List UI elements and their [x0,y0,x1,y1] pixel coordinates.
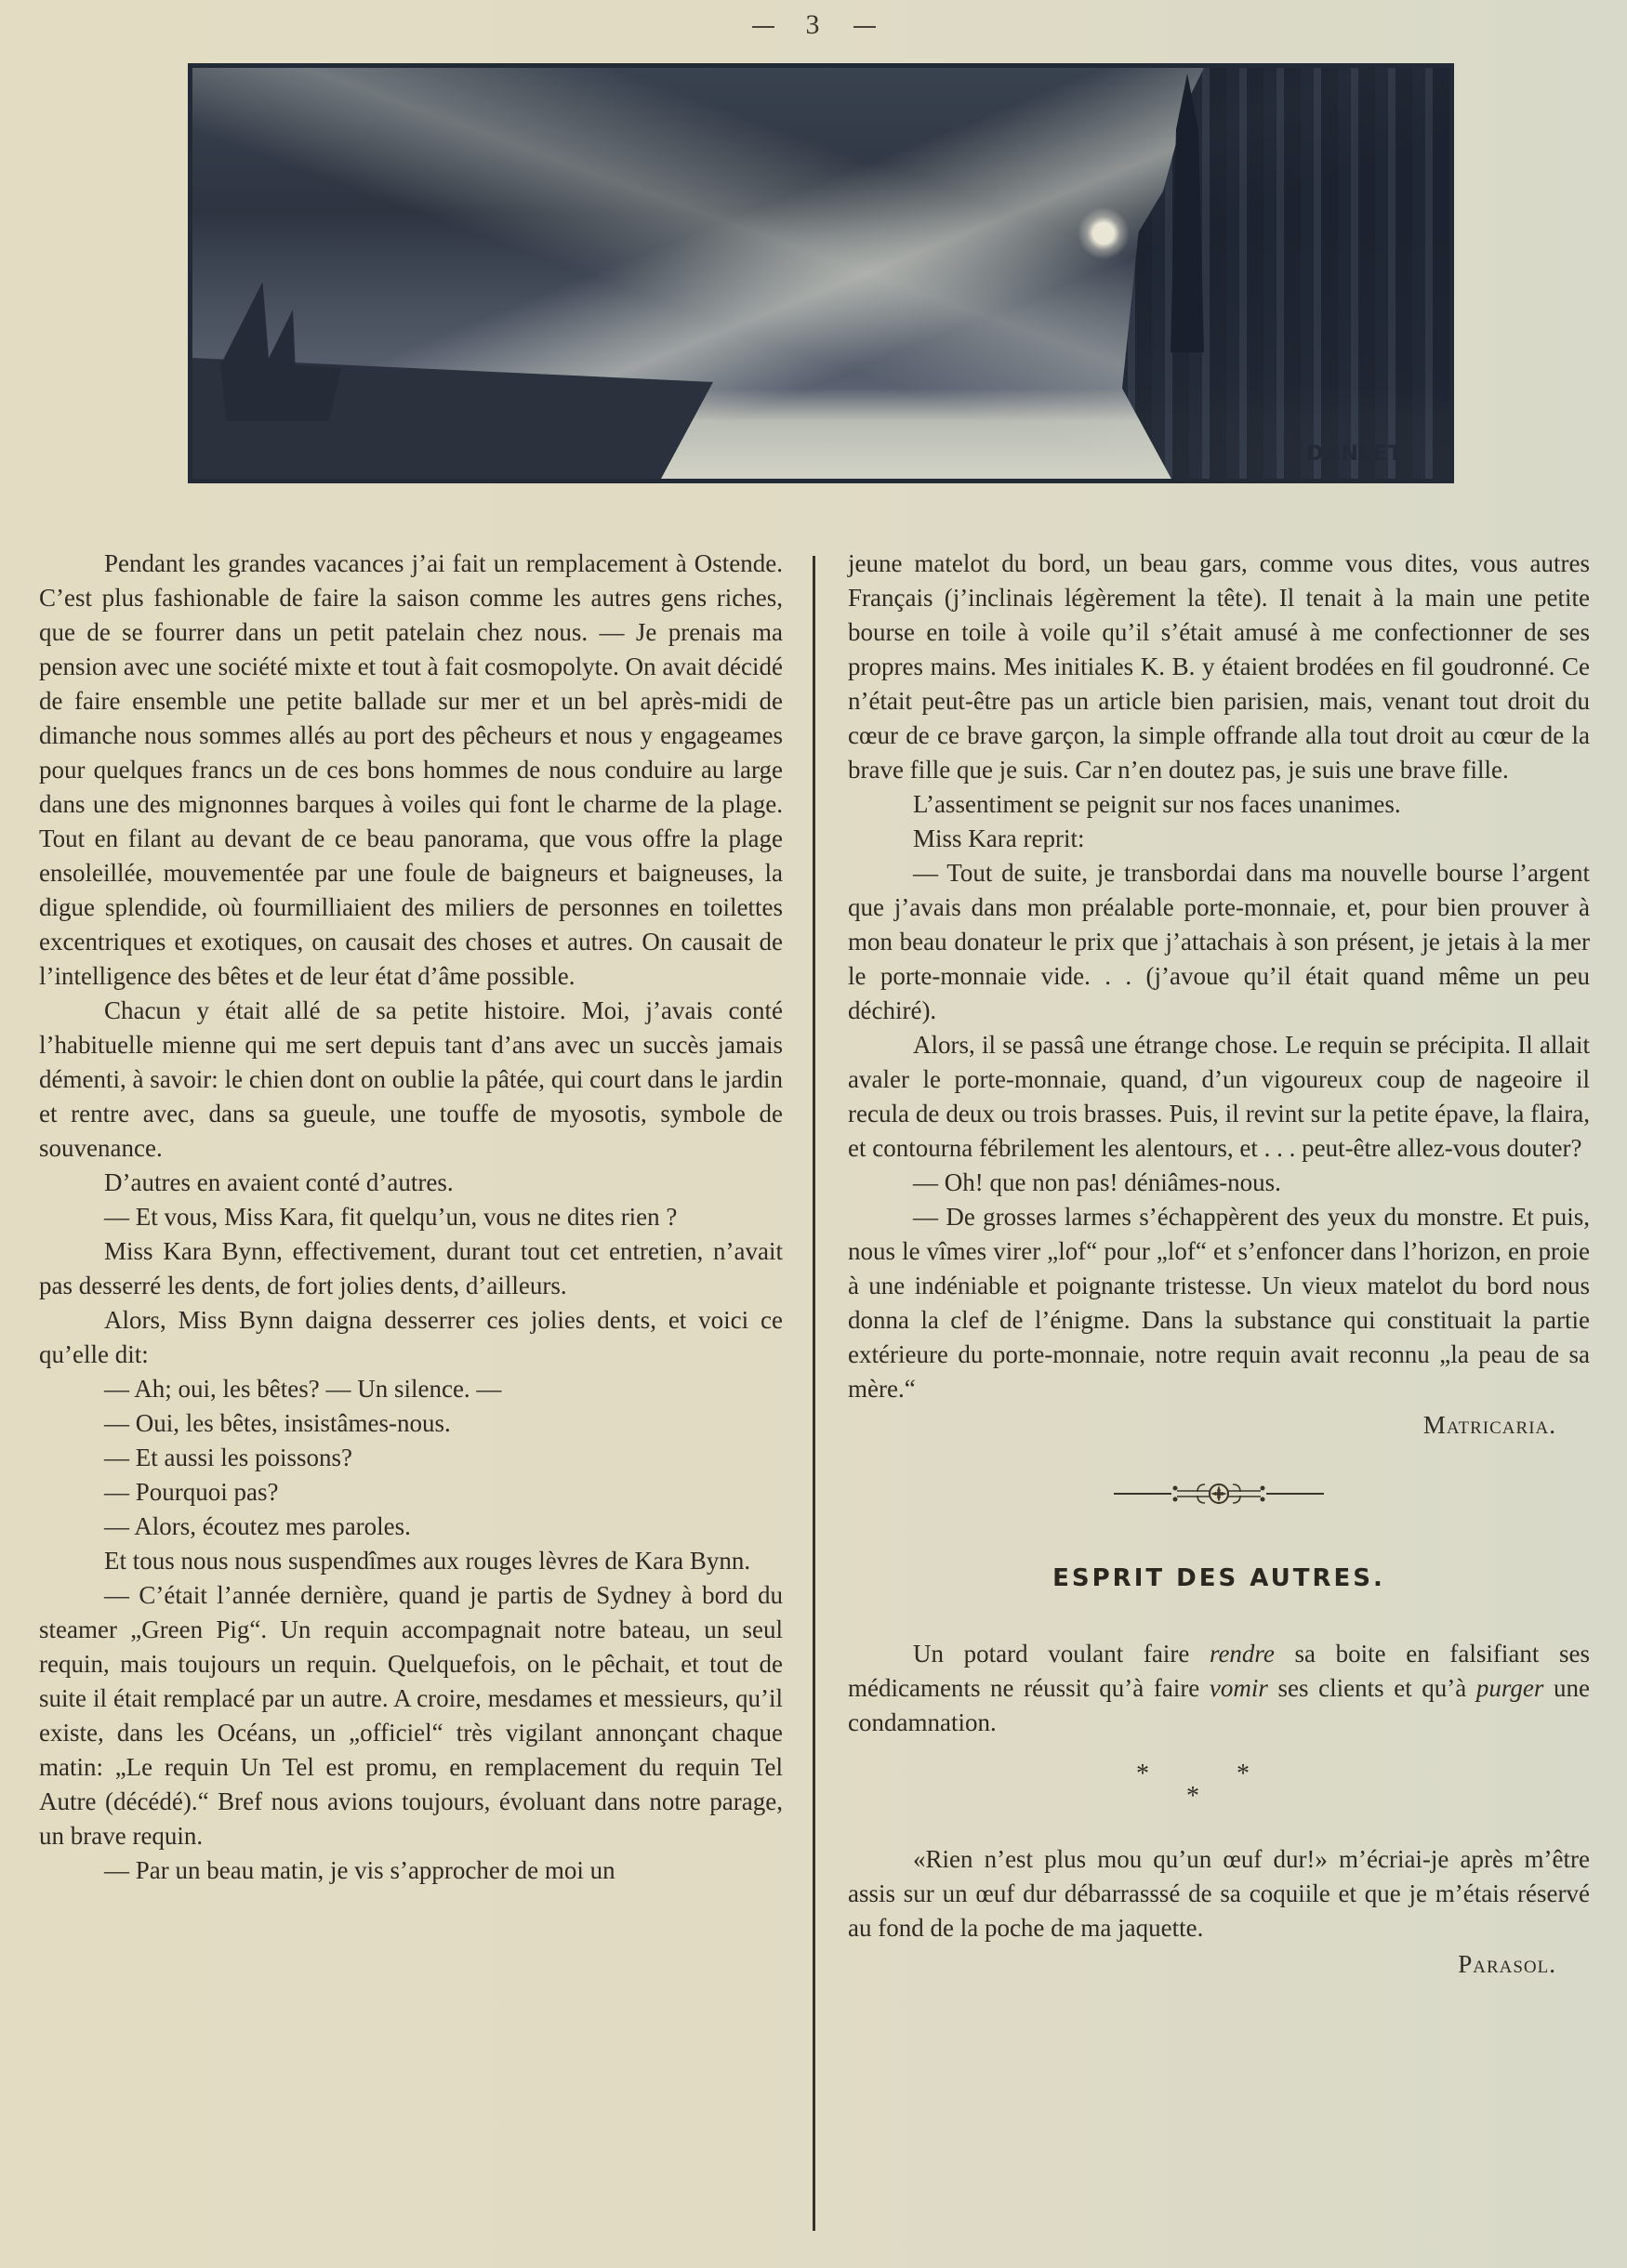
article-left-column: Pendant les grandes vacances j’ai fait u… [39,547,783,1888]
paragraph: L’assentiment se peignit sur nos faces u… [848,787,1590,822]
italic-word: purger [1476,1674,1544,1702]
italic-word: rendre [1210,1640,1275,1668]
paragraph: — Oh! que non pas! déniâmes-nous. [848,1166,1590,1200]
paragraph: — Par un beau matin, je vis s’approcher … [39,1853,783,1888]
illustration-boat-icon [220,282,341,421]
section-heading: ESPRIT DES AUTRES. [848,1562,1590,1596]
paragraph: — C’était l’année dernière, quand je par… [39,1578,783,1853]
paragraph: — Alors, écoutez mes paroles. [39,1510,783,1544]
paragraph: jeune matelot du bord, un beau gars, com… [848,547,1590,787]
paragraph: Miss Kara Bynn, effectivement, durant to… [39,1234,783,1303]
article-right-column: jeune matelot du bord, un beau gars, com… [848,547,1590,1982]
illustration-signature: DANLET [1306,442,1403,466]
paragraph: D’autres en avaient conté d’autres. [39,1166,783,1200]
illustration-buildings [1040,68,1449,479]
paragraph: Pendant les grandes vacances j’ai fait u… [39,547,783,994]
section-item-2: «Rien n’est plus mou qu’un œuf dur!» m’é… [848,1842,1590,1945]
paragraph: — Et aussi les poissons? [39,1441,783,1475]
illustration-night-promenade: DANLET [188,63,1454,483]
paragraph: — Ah; oui, les bêtes? — Un silence. — [39,1372,783,1406]
text-run: ses clients et qu’à [1268,1674,1476,1702]
paragraph: Alors, il se passâ une étrange chose. Le… [848,1028,1590,1166]
asterisk-icon: * [1136,1757,1149,1791]
text-run: Un potard voulant faire [913,1640,1210,1668]
column-divider [813,556,815,2231]
paragraph: — De grosses larmes s’échappèrent des ye… [848,1200,1590,1406]
paragraph: — Et vous, Miss Kara, fit quelqu’un, vou… [39,1200,783,1234]
page-number-value: 3 [806,9,822,40]
dash-left [752,26,774,28]
italic-word: vomir [1210,1674,1268,1702]
article-author: Matricaria. [848,1408,1590,1443]
section-item-1: Un potard voulant faire rendre sa boite … [848,1637,1590,1740]
asterisk-icon: * [1237,1757,1250,1791]
page-number: 3 [0,9,1627,41]
paragraph: — Pourquoi pas? [39,1475,783,1510]
paragraph: Et tous nous nous suspendîmes aux rouges… [39,1544,783,1578]
article-right-paragraphs: jeune matelot du bord, un beau gars, com… [848,547,1590,1406]
paragraph: Alors, Miss Bynn daigna desserrer ces jo… [39,1303,783,1372]
paragraph: — Tout de suite, je transbordai dans ma … [848,856,1590,1028]
paragraph: — Oui, les bêtes, insistâmes-nous. [39,1406,783,1441]
ornament-divider-icon [848,1480,1590,1508]
asterism-separator: * * * [848,1751,1590,1824]
paragraph: Miss Kara reprit: [848,822,1590,856]
section-author: Parasol. [848,1947,1590,1982]
dash-right [853,26,876,28]
asterisk-icon: * [1186,1779,1199,1813]
paragraph: Chacun y était allé de sa petite histoir… [39,994,783,1166]
